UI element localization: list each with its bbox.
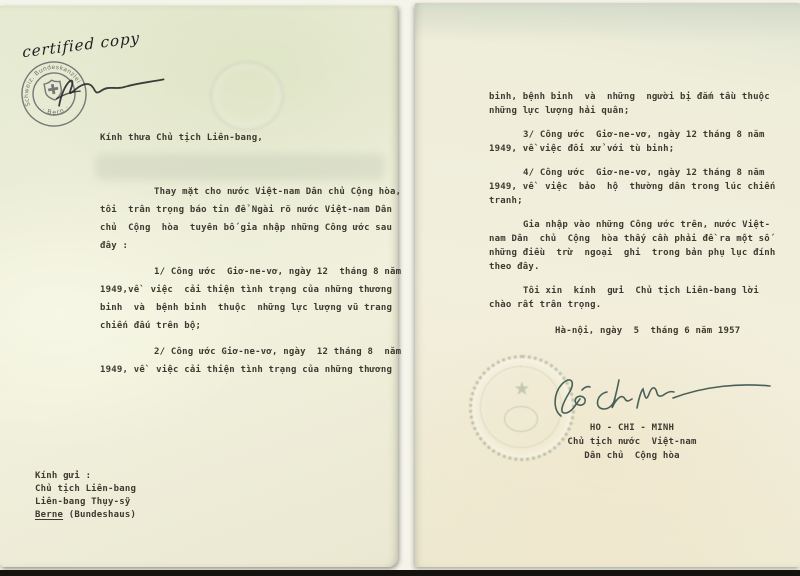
- address-city-line: Berne (Bundeshaus): [35, 509, 136, 522]
- ink-smudge: [95, 154, 385, 180]
- text-line: theo đây.: [489, 260, 773, 274]
- paragraph: Thay mặt cho nước Việt-nam Dân chủ Cộng …: [100, 183, 392, 255]
- text-line: 1949, về việc bảo hộ thường dân trong lú…: [489, 180, 773, 194]
- text-line: chào rất trân trọng.: [489, 298, 773, 312]
- text-line: tranh;: [489, 194, 773, 208]
- text-line: Chủ tịch nước Việt-nam: [527, 435, 737, 449]
- paragraph: Gia nhập vào những Công ước trên, nước V…: [489, 218, 773, 274]
- text-line: những lực lượng hải quân;: [489, 104, 773, 118]
- text-line: 4/ Công ước Giơ-ne-vơ, ngày 12 tháng 8 n…: [489, 166, 773, 180]
- text-line: 3/ Công ước Giơ-ne-vơ, ngày 12 tháng 8 n…: [489, 128, 773, 142]
- text-line: những điều trừ ngoại ghi trong bản phụ l…: [489, 246, 773, 260]
- address-lines: Kính gửi :Chủ tịch Liên-bangLiên-bang Th…: [35, 470, 136, 509]
- dateline: Hà-nội, ngày 5 tháng 6 năm 1957: [555, 326, 740, 336]
- address-city-note: (Bundeshaus): [63, 510, 136, 520]
- certifier-signature: [50, 58, 173, 118]
- embossed-seal-icon: [210, 61, 284, 131]
- text-line: Dân chủ Cộng hòa: [527, 449, 737, 463]
- text-line: Liên-bang Thụy-sỹ: [35, 496, 136, 509]
- address-city: Berne: [35, 510, 63, 520]
- ho-chi-minh-signature: [545, 366, 780, 428]
- text-line: 2/ Công ước Giơ-ne-vơ, ngày 12 tháng 8 n…: [100, 343, 392, 361]
- text-line: binh và bệnh binh thuộc những lực lượng …: [100, 299, 392, 317]
- text-line: tôi trân trọng báo tin để Ngài rõ nước V…: [100, 201, 392, 219]
- paragraph: binh, bệnh binh và những người bị đắm tầ…: [489, 90, 773, 118]
- paragraph: 4/ Công ước Giơ-ne-vơ, ngày 12 tháng 8 n…: [489, 166, 773, 208]
- salutation: Kính thưa Chủ tịch Liên-bang,: [100, 133, 263, 143]
- address-block: Kính gửi :Chủ tịch Liên-bangLiên-bang Th…: [35, 470, 136, 522]
- scanned-letter: certified copy Schweiz. Bundeskanzlei · …: [0, 0, 800, 576]
- text-line: chiến đấu trên bộ;: [100, 317, 392, 335]
- letter-body-page2: binh, bệnh binh và những người bị đắm tầ…: [489, 90, 773, 322]
- text-line: Thay mặt cho nước Việt-nam Dân chủ Cộng …: [100, 183, 392, 201]
- text-line: Kính gửi :: [35, 470, 136, 483]
- text-line: 1949, về việc cải thiện tình trạng của n…: [100, 361, 392, 379]
- letter-body-page1: Thay mặt cho nước Việt-nam Dân chủ Cộng …: [100, 183, 392, 387]
- text-line: HO - CHI - MINH: [527, 421, 737, 435]
- letter-page-2: binh, bệnh binh và những người bị đắm tầ…: [415, 3, 800, 567]
- paragraph: 2/ Công ước Giơ-ne-vơ, ngày 12 tháng 8 n…: [100, 343, 392, 379]
- text-line: đây :: [100, 237, 392, 255]
- text-line: 1949,về việc cải thiện tình trạng của nh…: [100, 281, 392, 299]
- paragraph: 1/ Công ước Giơ-ne-vơ, ngày 12 tháng 8 n…: [100, 263, 392, 335]
- signature-block: HO - CHI - MINHChủ tịch nước Việt-namDân…: [527, 421, 737, 463]
- paragraph: Tôi xin kính gửi Chủ tịch Liên-bang lờic…: [489, 284, 773, 312]
- text-line: 1/ Công ước Giơ-ne-vơ, ngày 12 tháng 8 n…: [100, 263, 392, 281]
- paragraph: 3/ Công ước Giơ-ne-vơ, ngày 12 tháng 8 n…: [489, 128, 773, 156]
- text-line: nam Dân chủ Cộng hòa thấy cần phải đề ra…: [489, 232, 773, 246]
- text-line: Tôi xin kính gửi Chủ tịch Liên-bang lời: [489, 284, 773, 298]
- text-line: 1949, về việc đối xử với tù binh;: [489, 142, 773, 156]
- text-line: Chủ tịch Liên-bang: [35, 483, 136, 496]
- text-line: Gia nhập vào những Công ước trên, nước V…: [489, 218, 773, 232]
- text-line: chủ Cộng hòa tuyên bố gia nhập những Côn…: [100, 219, 392, 237]
- letter-page-1: certified copy Schweiz. Bundeskanzlei · …: [0, 6, 398, 567]
- text-line: binh, bệnh binh và những người bị đắm tầ…: [489, 90, 773, 104]
